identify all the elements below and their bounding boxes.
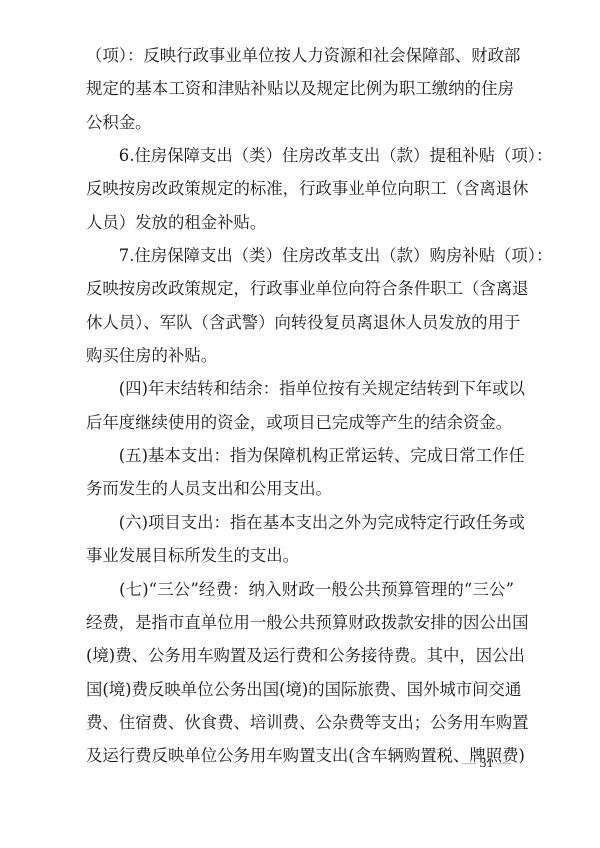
text-line: 休人员）、军队（含武警）向转役复员离退休人员发放的用于 xyxy=(86,306,514,339)
page-number-right-dash: — xyxy=(497,756,511,771)
text-line: (五)基本支出：指为保障机构正常运转、完成日常工作任 xyxy=(86,439,514,472)
text-line: (七)“三公”经费：纳入财政一般公共预算管理的“三公” xyxy=(86,573,514,606)
text-line: 规定的基本工资和津贴补贴以及规定比例为职工缴纳的住房 xyxy=(86,72,514,105)
text-line: 国(境)费反映单位公务出国(境)的国际旅费、国外城市间交通 xyxy=(86,673,514,706)
text-line: 6.住房保障支出（类）住房改革支出（款）提租补贴（项）： xyxy=(86,139,514,172)
text-line: 反映按房改政策规定的标准，行政事业单位向职工（含离退休 xyxy=(86,172,514,205)
text-line: 及运行费反映单位公务用车购置支出(含车辆购置税、牌照费) xyxy=(86,739,514,772)
text-line: 务而发生的人员支出和公用支出。 xyxy=(86,472,514,505)
text-line: (境)费、公务用车购置及运行费和公务接待费。其中，因公出 xyxy=(86,639,514,672)
text-line: 反映按房改政策规定，行政事业单位向符合条件职工（含离退 xyxy=(86,272,514,305)
text-line: (六)项目支出：指在基本支出之外为完成特定行政任务或 xyxy=(86,506,514,539)
text-line: （项）：反映行政事业单位按人力资源和社会保障部、财政部 xyxy=(86,39,514,72)
text-line: (四)年末结转和结余：指单位按有关规定结转到下年或以 xyxy=(86,372,514,405)
body-text: （项）：反映行政事业单位按人力资源和社会保障部、财政部 规定的基本工资和津贴补贴… xyxy=(86,39,514,773)
document-page: （项）：反映行政事业单位按人力资源和社会保障部、财政部 规定的基本工资和津贴补贴… xyxy=(0,0,600,848)
text-line: 人员）发放的租金补贴。 xyxy=(86,206,514,239)
text-line: 公积金。 xyxy=(86,106,514,139)
text-line: 购买住房的补贴。 xyxy=(86,339,514,372)
text-line: 经费，是指市直单位用一般公共预算财政拨款安排的因公出国 xyxy=(86,606,514,639)
text-line: 费、住宿费、伙食费、培训费、公杂费等支出；公务用车购置 xyxy=(86,706,514,739)
text-line: 事业发展目标所发生的支出。 xyxy=(86,539,514,572)
text-line: 后年度继续使用的资金，或项目已完成等产生的结余资金。 xyxy=(86,406,514,439)
text-line: 7.住房保障支出（类）住房改革支出（款）购房补贴（项）： xyxy=(86,239,514,272)
page-number-value: 31 xyxy=(480,756,494,771)
page-number-left-dash: — xyxy=(462,756,476,771)
page-number: — 31 — xyxy=(462,756,511,772)
